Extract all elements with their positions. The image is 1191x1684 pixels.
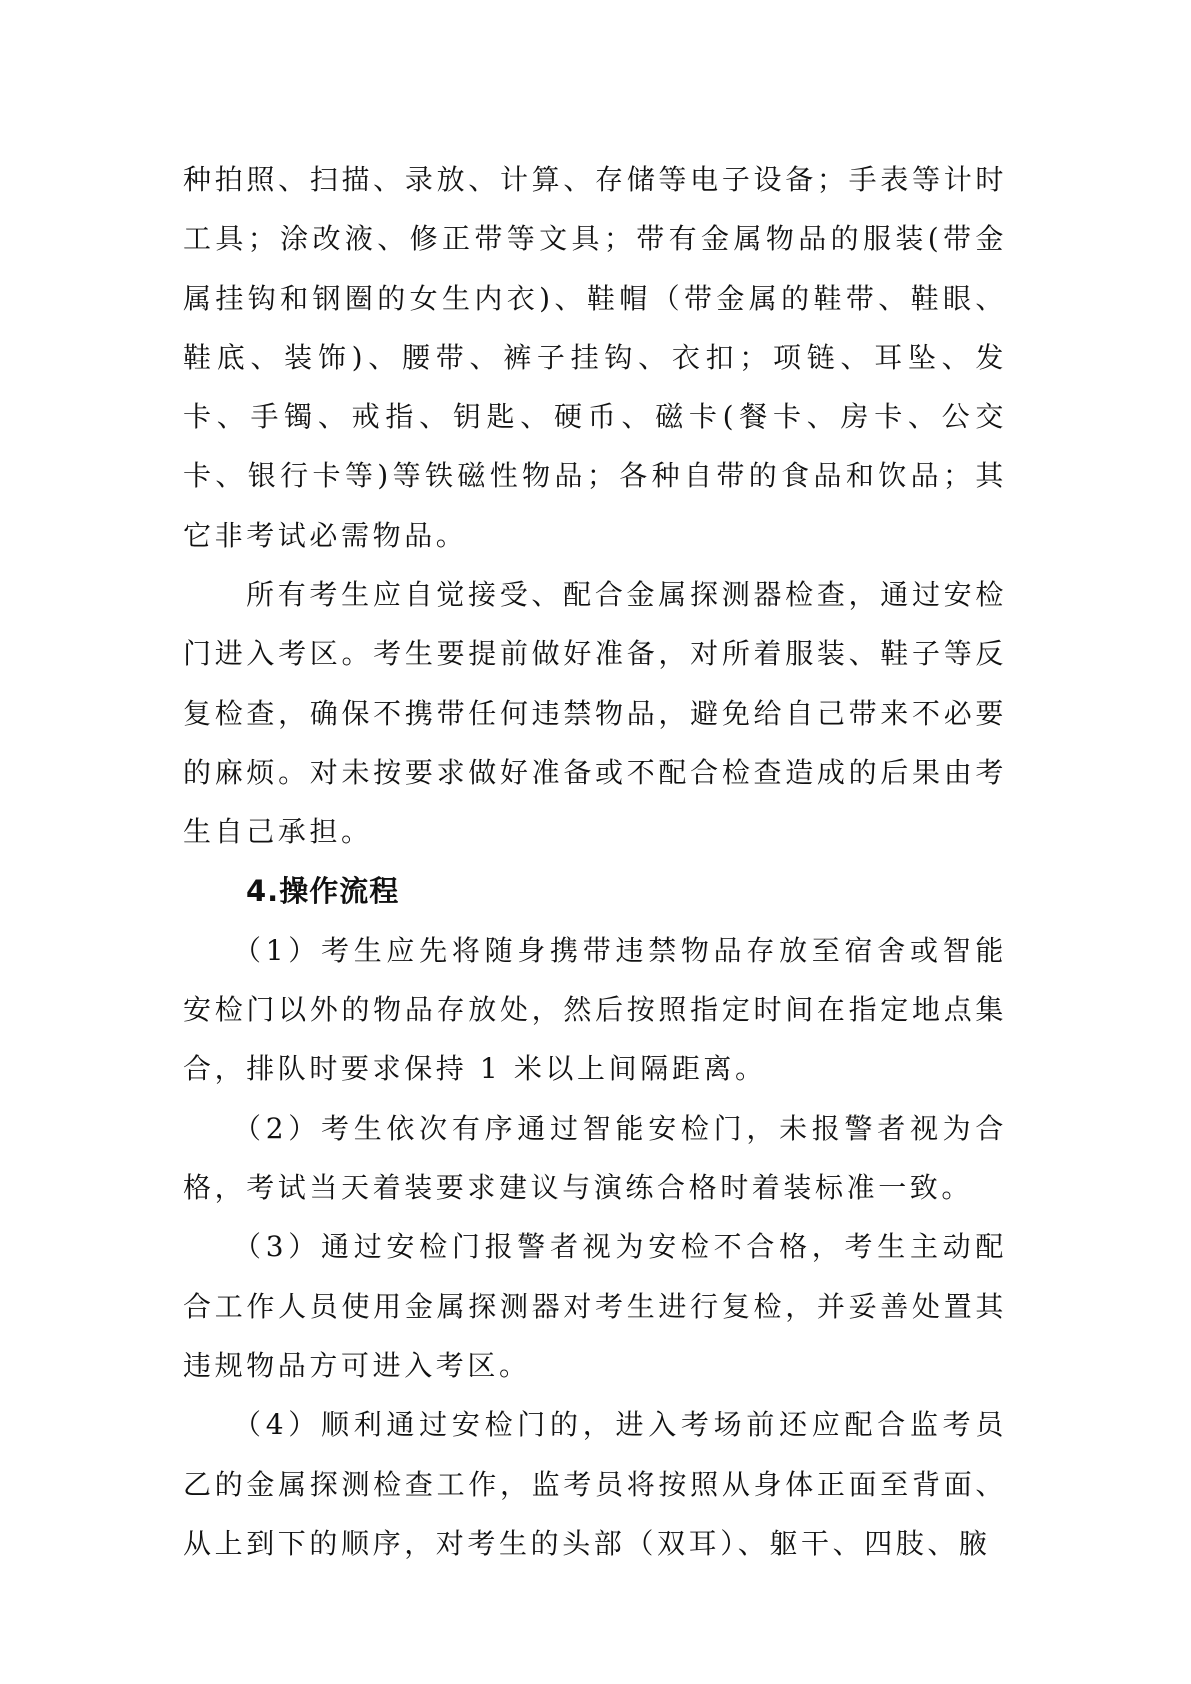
section-heading: 4.操作流程 [183,862,1007,921]
paragraph-prohibited-items: 种拍照、扫描、录放、计算、存储等电子设备；手表等计时工具；涂改液、修正带等文具；… [183,150,1007,565]
step-2: （2）考生依次有序通过智能安检门，未报警者视为合格，考试当天着装要求建议与演练合… [183,1099,1007,1218]
step-1: （1）考生应先将随身携带违禁物品存放至宿舍或智能安检门以外的物品存放处，然后按照… [183,921,1007,1099]
document-page: 种拍照、扫描、录放、计算、存储等电子设备；手表等计时工具；涂改液、修正带等文具；… [183,150,1007,1573]
step-3: （3）通过安检门报警者视为安检不合格，考生主动配合工作人员使用金属探测器对考生进… [183,1217,1007,1395]
step-4: （4）顺利通过安检门的，进入考场前还应配合监考员乙的金属探测检查工作，监考员将按… [183,1395,1007,1573]
paragraph-security-check: 所有考生应自觉接受、配合金属探测器检查，通过安检门进入考区。考生要提前做好准备，… [183,565,1007,861]
